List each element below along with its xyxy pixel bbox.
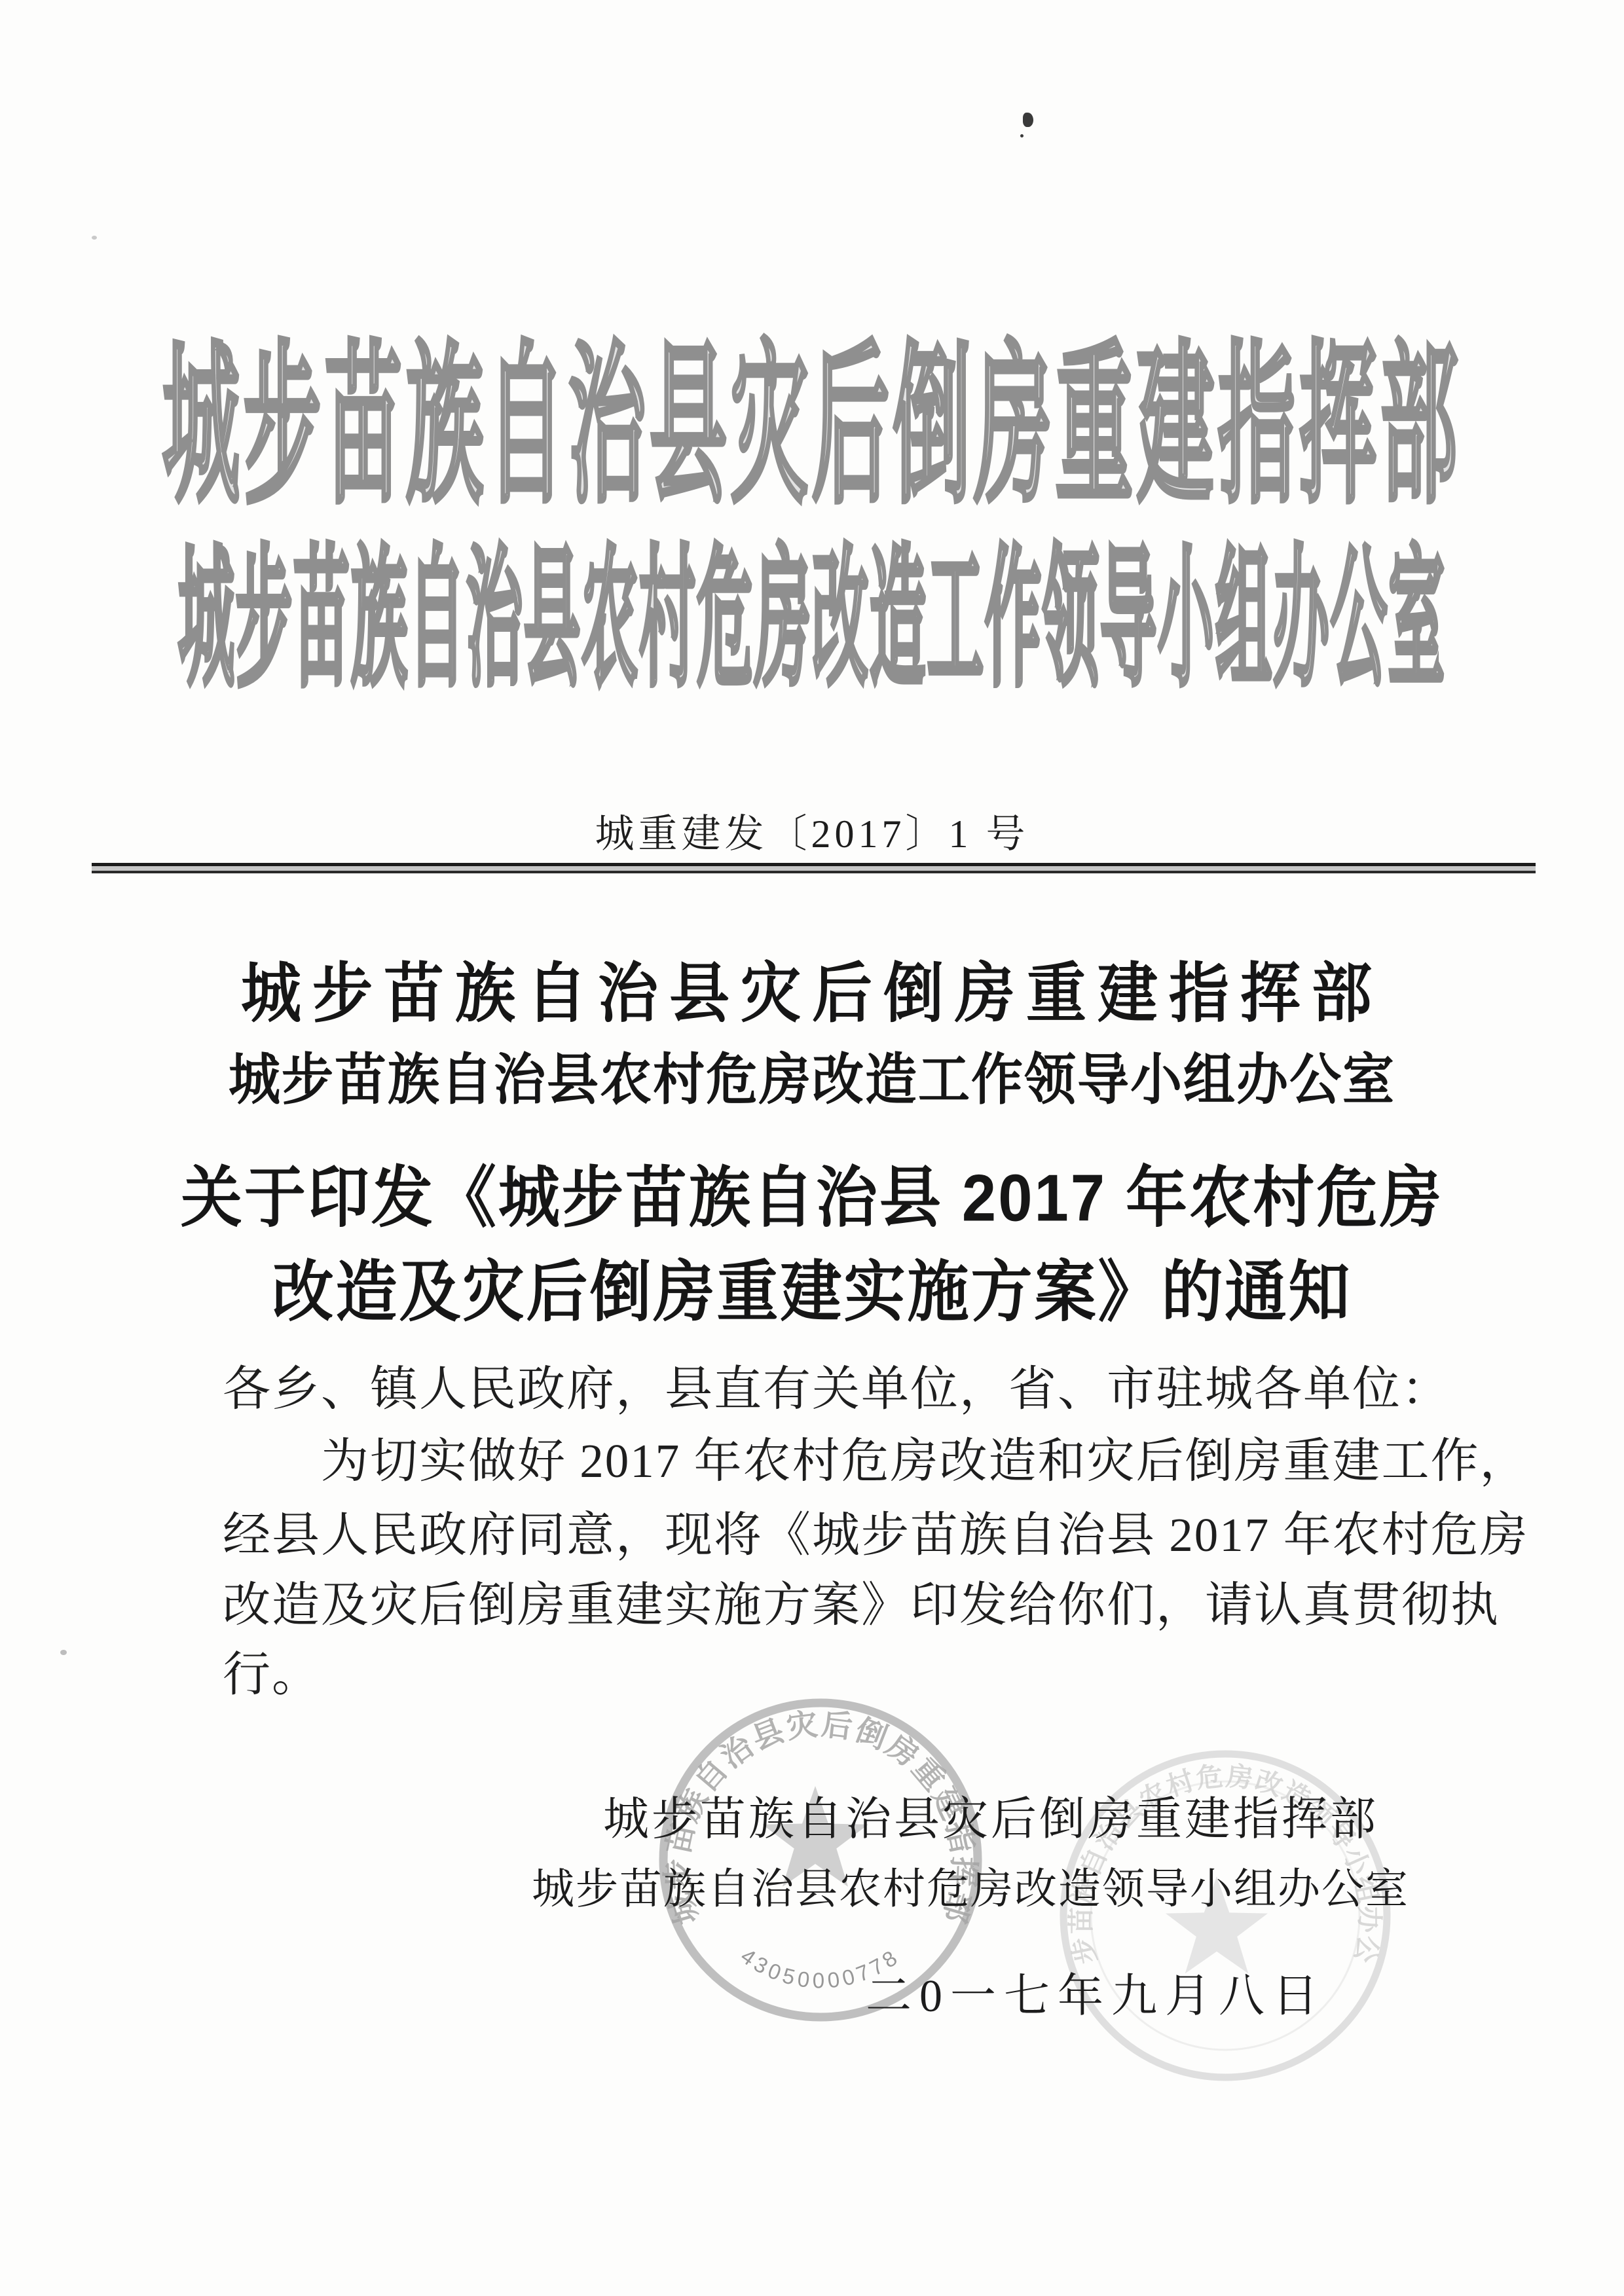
body-line: 经县人民政府同意，现将《城步苗族自治县 2017 年农村危房 [223, 1496, 1529, 1565]
title-line-4: 改造及灾后倒房重建实施方案》的通知 [0, 1239, 1624, 1334]
scan-speck [92, 236, 97, 240]
signature-date: 二0一七年九月八日 [866, 1959, 1326, 2025]
ink-blot [1023, 113, 1033, 127]
scan-speck [60, 1650, 67, 1655]
body-salutation: 各乡、镇人民政府，县直有关单位，省、市驻城各单位： [223, 1350, 1450, 1419]
body-line: 为切实做好 2017 年农村危房改造和灾后倒房重建工作， [321, 1422, 1529, 1491]
signature-line-2: 城步苗族自治县农村危房改造领导小组办公室 [532, 1854, 1409, 1916]
title-line-1: 城步苗族自治县灾后倒房重建指挥部 [0, 941, 1624, 1035]
letterhead-art-line-2: 城步苗族自治县农村危房改造工作领导小组办公室 [0, 496, 1624, 716]
separator-rule [92, 863, 1536, 873]
ink-speck [1020, 134, 1024, 137]
signature-line-1: 城步苗族自治县灾后倒房重建指挥部 [603, 1782, 1378, 1848]
scanned-document-page: { "document": { "header_art": { "line1":… [0, 0, 1624, 2296]
title-line-3: 关于印发《城步苗族自治县 2017 年农村危房 [0, 1144, 1624, 1240]
body-line: 改造及灾后倒房重建实施方案》印发给你们，请认真贯彻执 [223, 1566, 1500, 1635]
title-line-2: 城步苗族自治县农村危房改造工作领导小组办公室 [0, 1034, 1624, 1115]
body-line: 行。 [223, 1635, 321, 1704]
document-number: 城重建发〔2017〕1 号 [0, 803, 1624, 859]
